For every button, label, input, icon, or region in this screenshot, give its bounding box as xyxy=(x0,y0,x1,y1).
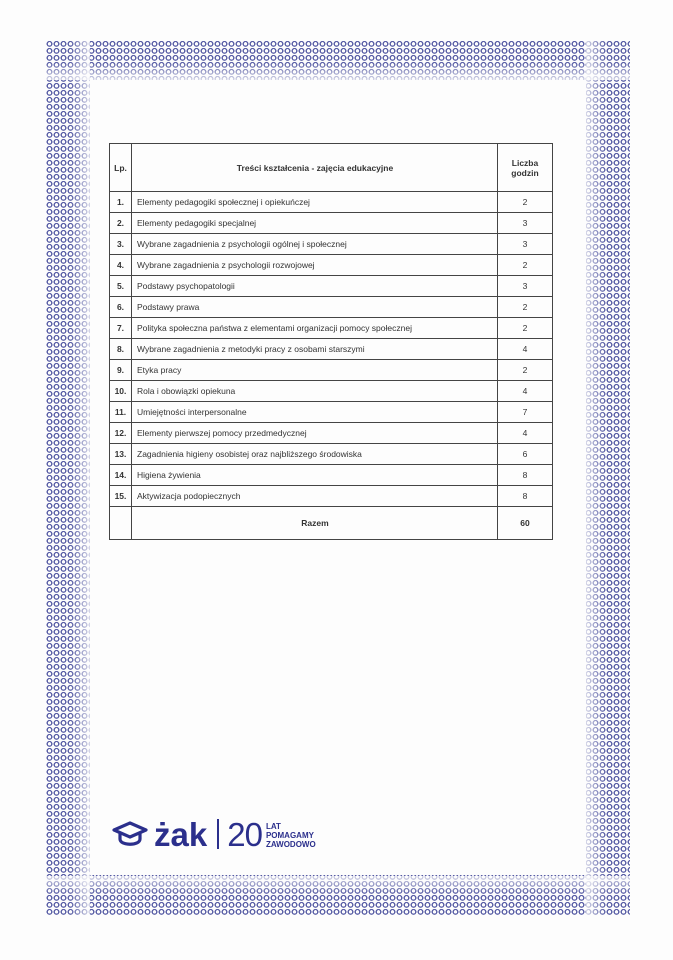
row-topic: Elementy pierwszej pomocy przedmedycznej xyxy=(132,423,498,444)
table-row: 5.Podstawy psychopatologii3 xyxy=(110,276,553,297)
table-header-row: Lp. Treści kształcenia - zajęcia edukacy… xyxy=(110,144,553,192)
table-row: 3.Wybrane zagadnienia z psychologii ogól… xyxy=(110,234,553,255)
table-row: 8.Wybrane zagadnienia z metodyki pracy z… xyxy=(110,339,553,360)
row-lp: 8. xyxy=(110,339,132,360)
header-topic: Treści kształcenia - zajęcia edukacyjne xyxy=(132,144,498,192)
total-hours: 60 xyxy=(498,507,553,540)
row-lp: 15. xyxy=(110,486,132,507)
table-row: 10.Rola i obowiązki opiekuna4 xyxy=(110,381,553,402)
header-hours: Liczba godzin xyxy=(498,144,553,192)
table-row: 2.Elementy pedagogiki specjalnej3 xyxy=(110,213,553,234)
table-row: 9.Etyka pracy2 xyxy=(110,360,553,381)
row-hours: 2 xyxy=(498,297,553,318)
row-lp: 14. xyxy=(110,465,132,486)
row-hours: 3 xyxy=(498,276,553,297)
row-topic: Elementy pedagogiki specjalnej xyxy=(132,213,498,234)
row-hours: 4 xyxy=(498,381,553,402)
row-hours: 3 xyxy=(498,234,553,255)
row-topic: Etyka pracy xyxy=(132,360,498,381)
graduation-cap-icon xyxy=(112,820,148,848)
row-lp: 5. xyxy=(110,276,132,297)
row-lp: 2. xyxy=(110,213,132,234)
row-hours: 4 xyxy=(498,339,553,360)
table-row: 11.Umiejętności interpersonalne7 xyxy=(110,402,553,423)
table-row: 1.Elementy pedagogiki społecznej i opiek… xyxy=(110,192,553,213)
row-topic: Elementy pedagogiki społecznej i opiekuń… xyxy=(132,192,498,213)
row-hours: 2 xyxy=(498,192,553,213)
row-lp: 4. xyxy=(110,255,132,276)
total-lp-cell xyxy=(110,507,132,540)
logo-tagline-line: POMAGAMY xyxy=(266,831,316,840)
row-lp: 7. xyxy=(110,318,132,339)
row-lp: 3. xyxy=(110,234,132,255)
table-row: 6.Podstawy prawa2 xyxy=(110,297,553,318)
row-lp: 9. xyxy=(110,360,132,381)
row-hours: 2 xyxy=(498,255,553,276)
row-hours: 3 xyxy=(498,213,553,234)
row-topic: Polityka społeczna państwa z elementami … xyxy=(132,318,498,339)
table-row: 15.Aktywizacja podopiecznych8 xyxy=(110,486,553,507)
row-topic: Wybrane zagadnienia z psychologii ogólne… xyxy=(132,234,498,255)
row-lp: 1. xyxy=(110,192,132,213)
row-topic: Aktywizacja podopiecznych xyxy=(132,486,498,507)
table-row: 4.Wybrane zagadnienia z psychologii rozw… xyxy=(110,255,553,276)
logo-years: 20 xyxy=(227,818,262,851)
header-lp: Lp. xyxy=(110,144,132,192)
total-label: Razem xyxy=(132,507,498,540)
row-hours: 4 xyxy=(498,423,553,444)
row-hours: 8 xyxy=(498,465,553,486)
table-row: 12.Elementy pierwszej pomocy przedmedycz… xyxy=(110,423,553,444)
row-lp: 12. xyxy=(110,423,132,444)
table-row: 7.Polityka społeczna państwa z elementam… xyxy=(110,318,553,339)
row-topic: Rola i obowiązki opiekuna xyxy=(132,381,498,402)
row-topic: Wybrane zagadnienia z psychologii rozwoj… xyxy=(132,255,498,276)
logo-brand: żak xyxy=(154,818,207,851)
header-hours-line1: Liczba xyxy=(512,158,538,168)
row-hours: 6 xyxy=(498,444,553,465)
row-lp: 11. xyxy=(110,402,132,423)
row-hours: 7 xyxy=(498,402,553,423)
zak-logo: żak 20 LAT POMAGAMY ZAWODOWO xyxy=(112,816,316,852)
row-topic: Higiena żywienia xyxy=(132,465,498,486)
table-row: 14.Higiena żywienia8 xyxy=(110,465,553,486)
table-row: 13.Zagadnienia higieny osobistej oraz na… xyxy=(110,444,553,465)
row-hours: 8 xyxy=(498,486,553,507)
row-lp: 13. xyxy=(110,444,132,465)
logo-tagline-line: LAT xyxy=(266,822,316,831)
row-topic: Zagadnienia higieny osobistej oraz najbl… xyxy=(132,444,498,465)
header-hours-line2: godzin xyxy=(511,168,538,178)
row-topic: Umiejętności interpersonalne xyxy=(132,402,498,423)
row-hours: 2 xyxy=(498,360,553,381)
logo-separator xyxy=(217,819,219,849)
row-lp: 10. xyxy=(110,381,132,402)
logo-tagline-line: ZAWODOWO xyxy=(266,840,316,849)
row-topic: Wybrane zagadnienia z metodyki pracy z o… xyxy=(132,339,498,360)
row-topic: Podstawy psychopatologii xyxy=(132,276,498,297)
row-topic: Podstawy prawa xyxy=(132,297,498,318)
total-row: Razem 60 xyxy=(110,507,553,540)
row-hours: 2 xyxy=(498,318,553,339)
row-lp: 6. xyxy=(110,297,132,318)
logo-tagline: LAT POMAGAMY ZAWODOWO xyxy=(266,822,316,849)
curriculum-table: Lp. Treści kształcenia - zajęcia edukacy… xyxy=(109,143,553,540)
